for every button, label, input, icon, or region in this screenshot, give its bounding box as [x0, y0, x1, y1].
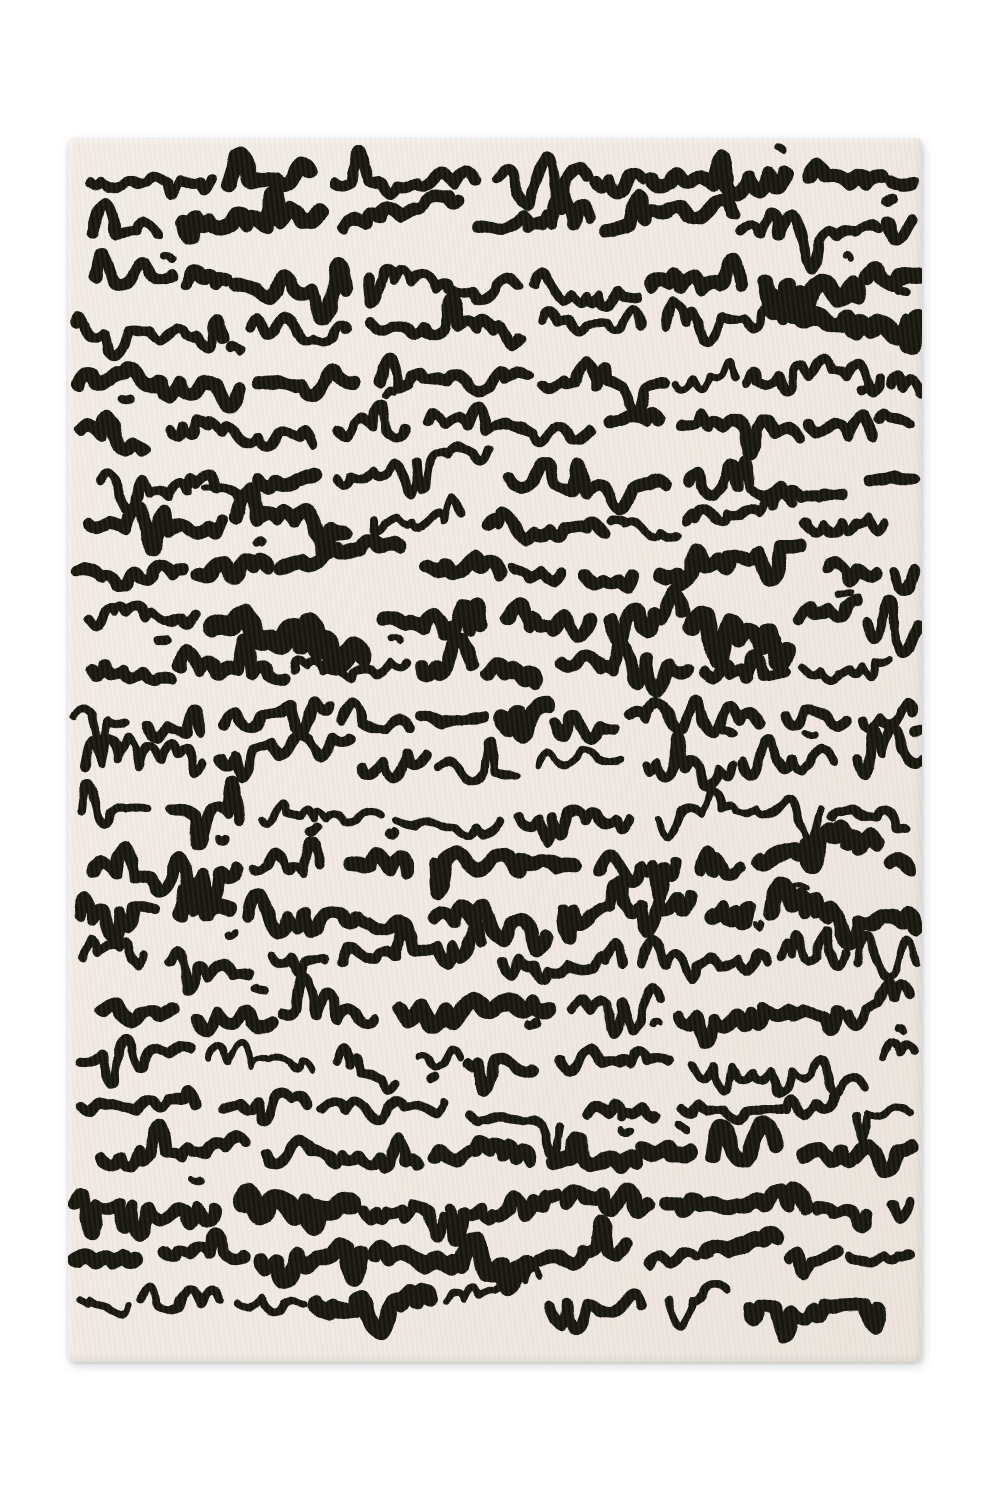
product-photo [0, 0, 1000, 1500]
manuscrit-rug [68, 138, 922, 1362]
handwriting-pattern [68, 138, 922, 1362]
